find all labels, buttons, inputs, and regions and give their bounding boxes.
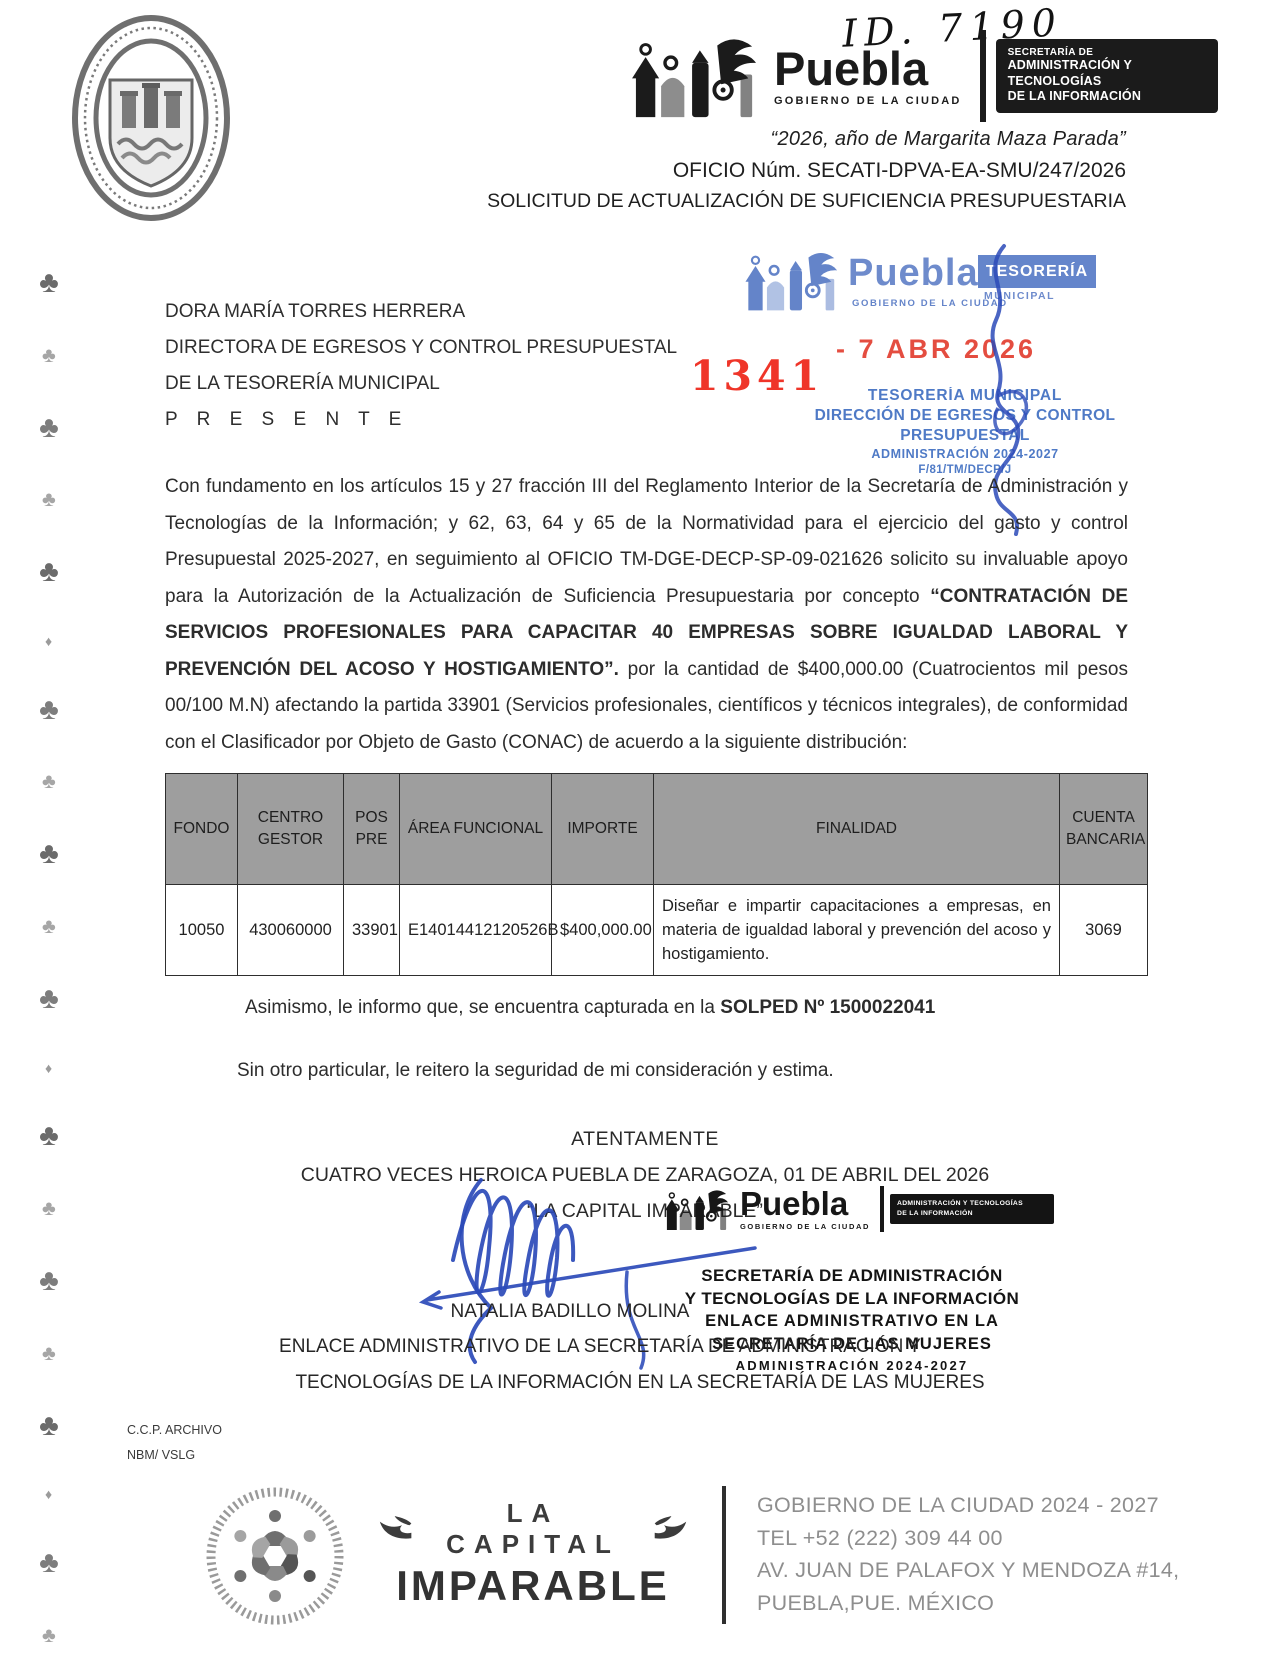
- signature-stamp-wordmark-block: Puebla GOBIERNO DE LA CIUDAD: [740, 1187, 870, 1231]
- signature-stamp-logo: Puebla GOBIERNO DE LA CIUDAD ADMINISTRAC…: [660, 1185, 1054, 1233]
- received-stamp-logo-icon: [738, 246, 846, 314]
- table-row: 10050 430060000 33901 E14014412120526B $…: [166, 885, 1148, 976]
- footer-government-line: GOBIERNO DE LA CIUDAD 2024 - 2027: [757, 1489, 1179, 1522]
- club-ornament-icon: [39, 695, 59, 725]
- header-pos-pre: POS PRE: [344, 774, 400, 885]
- secretariat-line2: ADMINISTRACIÓN Y TECNOLOGÍAS: [1008, 58, 1206, 89]
- body-paragraph: Con fundamento en los artículos 15 y 27 …: [165, 469, 1128, 761]
- oficio-number: OFICIO Núm. SECATI-DPVA-EA-SMU/247/2026: [487, 159, 1126, 183]
- recipient-block: DORA MARÍA TORRES HERRERA DIRECTORA DE E…: [165, 294, 677, 438]
- cell-fondo: 10050: [166, 885, 238, 976]
- footer-address-block: GOBIERNO DE LA CIUDAD 2024 - 2027 TEL +5…: [757, 1489, 1179, 1619]
- brand-wordmark: Puebla: [774, 45, 928, 92]
- header-area-funcional: ÁREA FUNCIONAL: [400, 774, 552, 885]
- club-ornament-icon: [39, 557, 59, 587]
- solped-line: Asimismo, le informo que, se encuentra c…: [245, 997, 935, 1019]
- signer-role-line2: TECNOLOGÍAS DE LA INFORMACIÓN EN LA SECR…: [120, 1372, 1160, 1394]
- club-ornament-icon: [42, 1625, 56, 1646]
- capital-logo-line1: LA CAPITAL: [421, 1498, 645, 1560]
- club-ornament-icon: [39, 413, 59, 443]
- cell-area-funcional: E14014412120526B: [400, 885, 552, 976]
- document-page: ID. 7190 Puebla GOBIERNO DE LA CIUDAD SE…: [0, 0, 1268, 1654]
- budget-distribution-table: FONDO CENTRO GESTOR POS PRE ÁREA FUNCION…: [165, 773, 1148, 976]
- document-subject: SOLICITUD DE ACTUALIZACIÓN DE SUFICIENCI…: [487, 190, 1126, 213]
- header-centro-gestor: CENTRO GESTOR: [238, 774, 344, 885]
- year-motto: “2026, año de Margarita Maza Parada”: [487, 128, 1126, 151]
- club-ornament-icon: [42, 489, 56, 510]
- brand-tagline: GOBIERNO DE LA CIUDAD: [774, 95, 962, 107]
- signature-stamp-divider-bar: [880, 1186, 884, 1232]
- club-ornament-icon: [39, 268, 59, 298]
- recipient-salutation: P R E S E N T E: [165, 402, 677, 438]
- club-ornament-icon: [39, 984, 59, 1014]
- table-header-row: FONDO CENTRO GESTOR POS PRE ÁREA FUNCION…: [166, 774, 1148, 885]
- closing-line: Sin otro particular, le reitero la segur…: [237, 1060, 834, 1082]
- cell-centro-gestor: 430060000: [238, 885, 344, 976]
- club-ornament-icon: [42, 771, 56, 792]
- brand-wordmark-block: Puebla GOBIERNO DE LA CIUDAD: [774, 45, 962, 107]
- solped-prefix: Asimismo, le informo que, se encuentra c…: [245, 997, 720, 1018]
- club-ornament-icon: [39, 1266, 59, 1296]
- capital-logo-line2: IMPARABLE: [378, 1562, 688, 1610]
- club-ornament-icon: [45, 634, 52, 648]
- footer-street-line: AV. JUAN DE PALAFOX Y MENDOZA #14,: [757, 1554, 1179, 1587]
- signer-name: NATALIA BADILLO MOLINA: [170, 1301, 970, 1323]
- header-fondo: FONDO: [166, 774, 238, 885]
- signature-stamp-box-line2: DE LA INFORMACIÓN: [897, 1209, 1047, 1219]
- club-ornament-icon: [39, 1411, 59, 1441]
- secretariat-line3: DE LA INFORMACIÓN: [1008, 89, 1206, 105]
- ccp-line2: NBM/ VSLG: [127, 1443, 222, 1468]
- cell-importe: $400,000.00: [552, 885, 654, 976]
- cell-pos-pre: 33901: [344, 885, 400, 976]
- cell-cuenta-bancaria: 3069: [1060, 885, 1148, 976]
- city-crest-seal: [70, 12, 232, 224]
- body-seg2-oficio-ref: OFICIO TM-DGE-DECP-SP-09-021626: [547, 549, 882, 570]
- signature-stamp-box-line1: ADMINISTRACIÓN Y TECNOLOGÍAS: [897, 1199, 1047, 1209]
- equality-certification-badge-icon: [205, 1486, 345, 1626]
- footer-city-line: PUEBLA,PUE. MÉXICO: [757, 1587, 1179, 1620]
- secretariat-line1: SECRETARÍA DE: [1008, 47, 1206, 58]
- cell-finalidad: Diseñar e impartir capacitaciones a empr…: [654, 885, 1060, 976]
- club-ornament-icon: [42, 345, 56, 366]
- wing-right-icon: [651, 1515, 688, 1543]
- puebla-monuments-icon: [622, 30, 768, 122]
- header-importe: IMPORTE: [552, 774, 654, 885]
- ccp-line1: C.C.P. ARCHIVO: [127, 1418, 222, 1443]
- footer-phone-line: TEL +52 (222) 309 44 00: [757, 1522, 1179, 1555]
- club-ornament-icon: [39, 1121, 59, 1151]
- header-finalidad: FINALIDAD: [654, 774, 1060, 885]
- header-right-stack: “2026, año de Margarita Maza Parada” OFI…: [487, 128, 1126, 213]
- capital-imparable-logo: LA CAPITAL IMPARABLE: [378, 1498, 688, 1610]
- footer-divider-bar: [722, 1486, 726, 1624]
- header-brand: Puebla GOBIERNO DE LA CIUDAD SECRETARÍA …: [622, 30, 1218, 122]
- club-ornament-icon: [45, 1487, 52, 1501]
- capital-logo-top: LA CAPITAL: [378, 1498, 688, 1560]
- signature-stamp-box: ADMINISTRACIÓN Y TECNOLOGÍAS DE LA INFOR…: [890, 1194, 1054, 1224]
- signer-role-line1: ENLACE ADMINISTRATIVO DE LA SECRETARÍA D…: [60, 1336, 1140, 1358]
- recipient-title2: DE LA TESORERÍA MUNICIPAL: [165, 366, 677, 402]
- signature-stamp-tagline: GOBIERNO DE LA CIUDAD: [740, 1222, 870, 1231]
- recipient-title1: DIRECTORA DE EGRESOS Y CONTROL PRESUPUES…: [165, 330, 677, 366]
- signature-stamp-wordmark: Puebla: [740, 1187, 870, 1220]
- club-ornament-icon: [42, 1198, 56, 1219]
- ccp-block: C.C.P. ARCHIVO NBM/ VSLG: [127, 1418, 222, 1468]
- signature-stamp-line1: SECRETARÍA DE ADMINISTRACIÓN: [652, 1264, 1052, 1287]
- secretariat-box: SECRETARÍA DE ADMINISTRACIÓN Y TECNOLOGÍ…: [996, 39, 1218, 113]
- header-cuenta-bancaria: CUENTA BANCARIA: [1060, 774, 1148, 885]
- solped-number: SOLPED Nº 1500022041: [720, 997, 935, 1018]
- signature-stamp-monuments-icon: [660, 1185, 734, 1233]
- club-ornament-icon: [45, 1061, 52, 1075]
- recipient-name: DORA MARÍA TORRES HERRERA: [165, 294, 677, 330]
- club-ornament-icon: [39, 839, 59, 869]
- club-ornament-icon: [42, 916, 56, 937]
- club-ornament-icon: [39, 1548, 59, 1578]
- club-ornament-icon: [42, 1343, 56, 1364]
- brand-divider-bar: [980, 30, 986, 122]
- left-ornament-border: [20, 268, 78, 1646]
- wing-left-icon: [378, 1515, 415, 1543]
